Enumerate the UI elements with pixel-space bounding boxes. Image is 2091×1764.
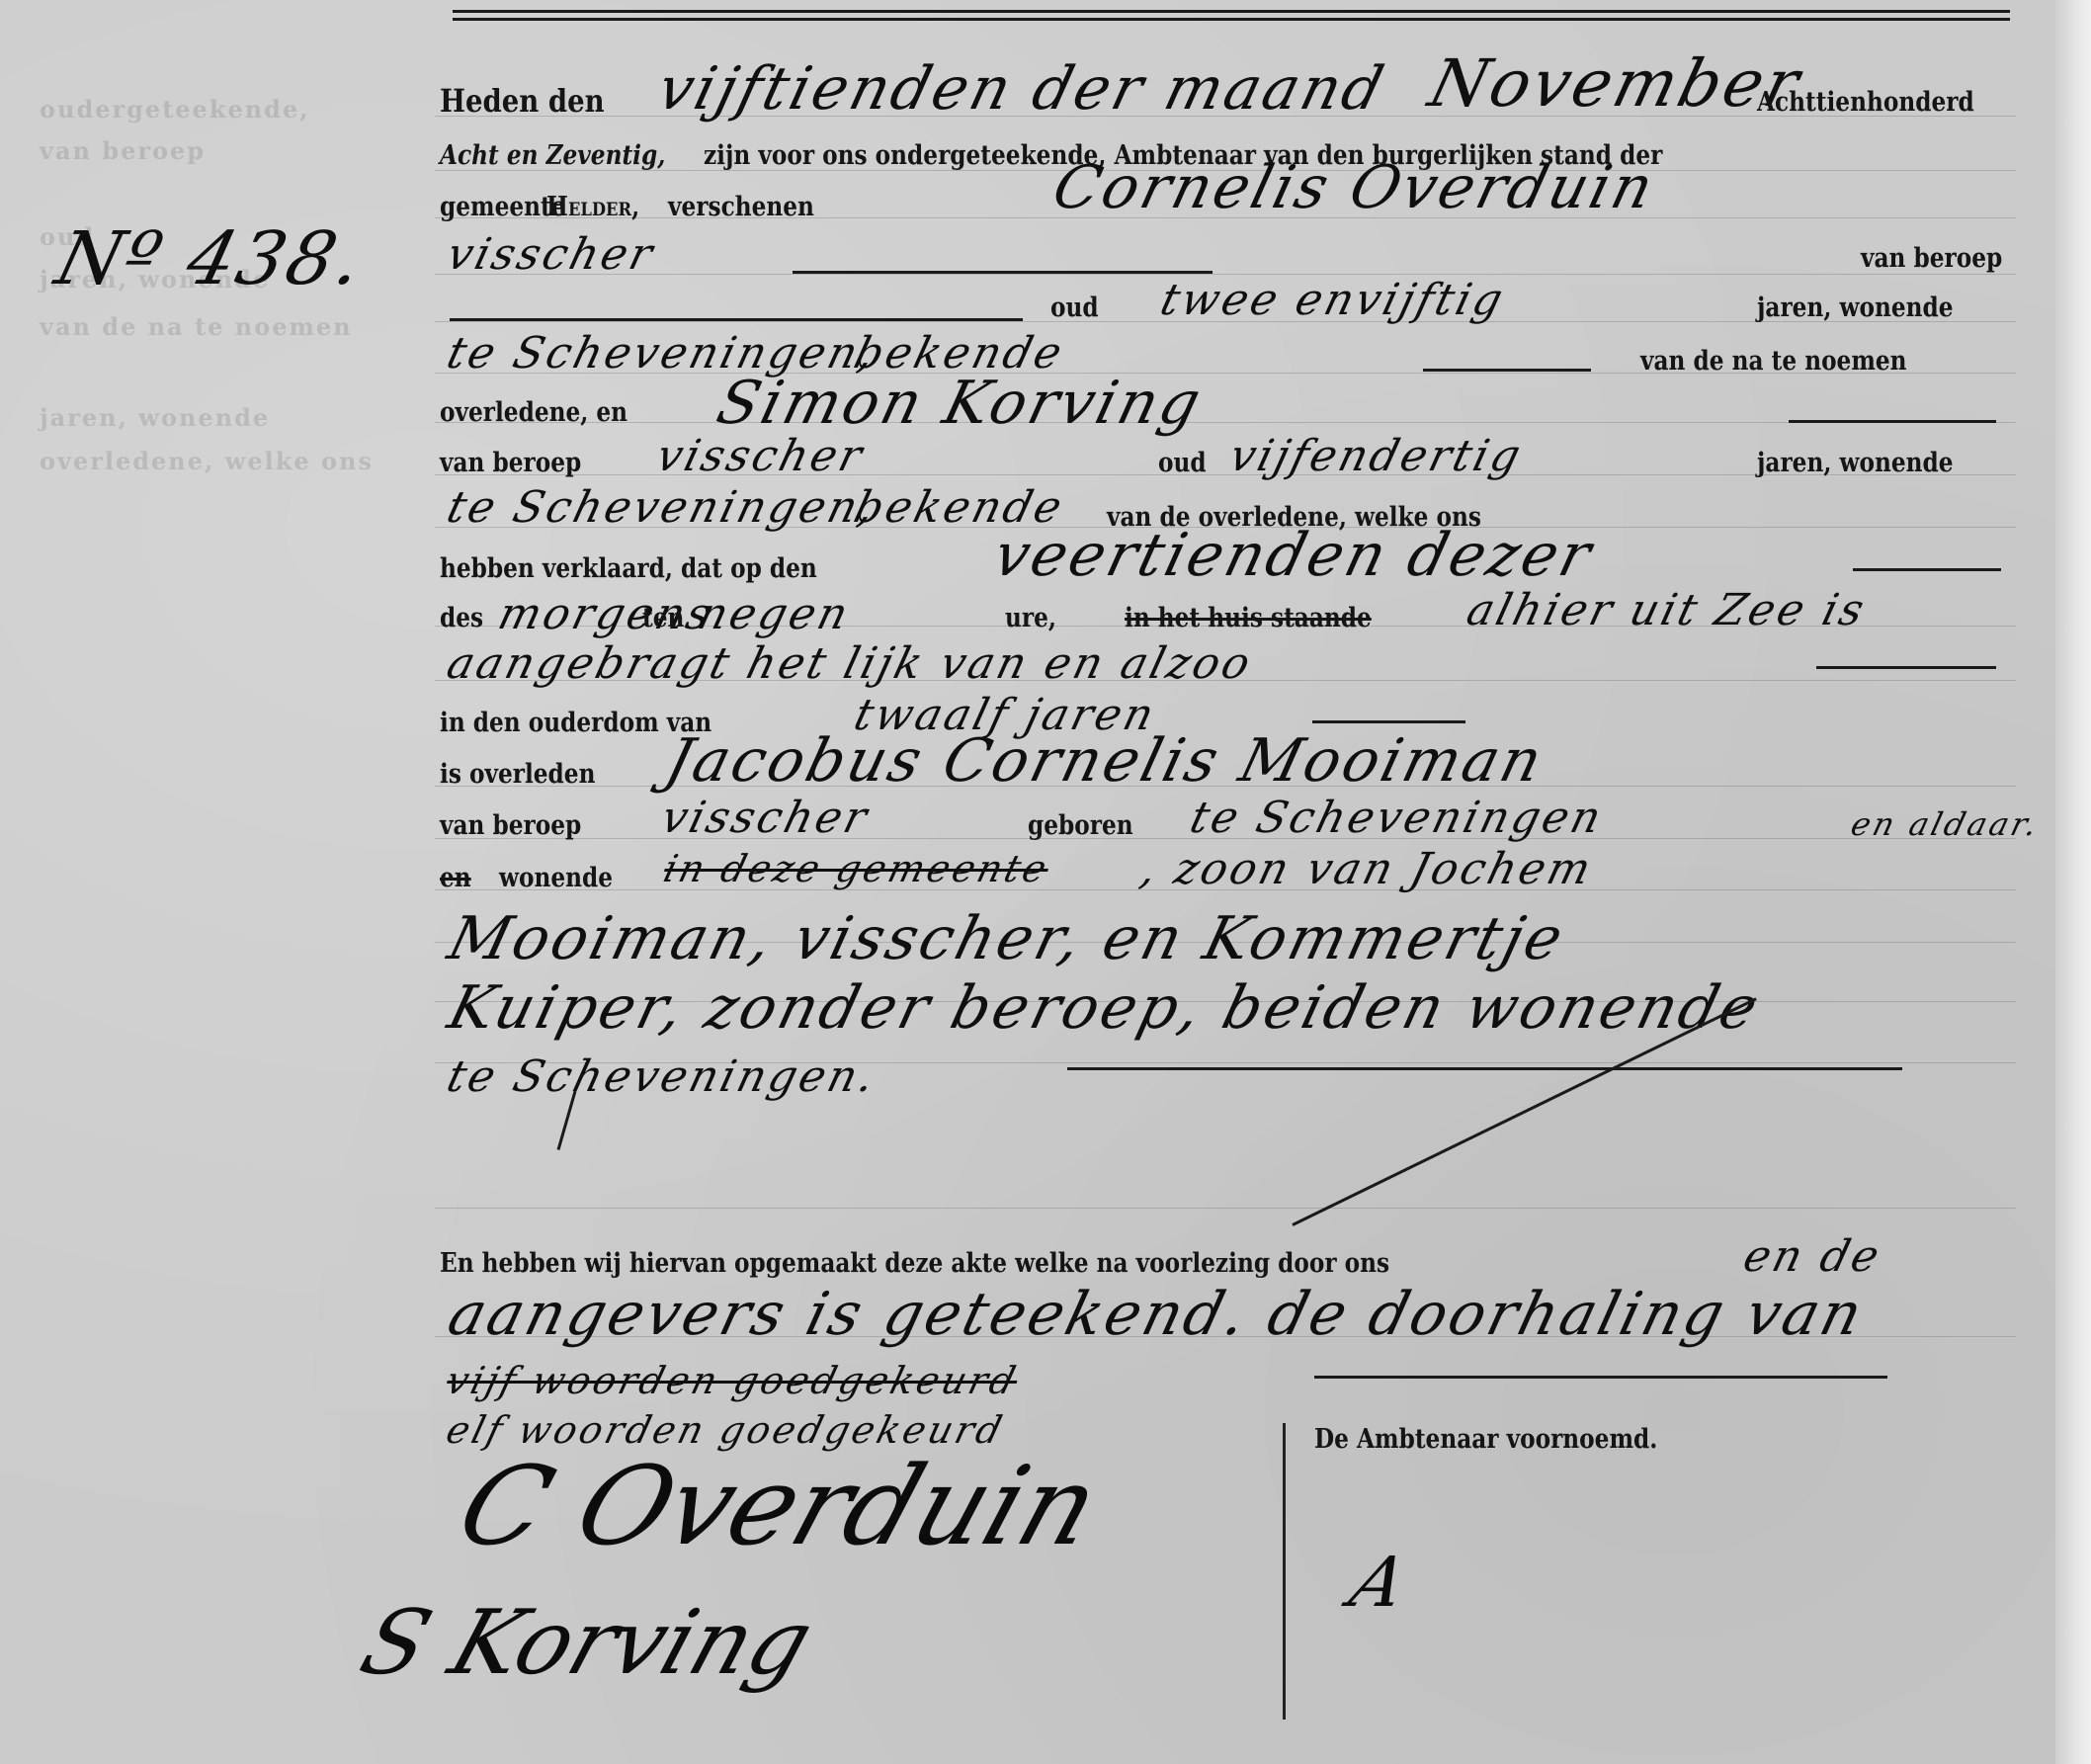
ghost-text: overledene, welke ons (40, 447, 374, 475)
hand-birthplace: te Scheveningen (1186, 797, 1608, 840)
hand-deceased-occupation: visscher (657, 797, 874, 840)
record-number: Nº 438. (49, 222, 373, 295)
fill-dash (1853, 568, 2001, 571)
print-year: Acht en Zeventig, (440, 142, 665, 169)
signature-declarant1: C Overduin (444, 1443, 1114, 1569)
hand-closing-b: aangevers is geteekend. de doorhaling va… (443, 1285, 1871, 1344)
ghost-text: van de na te noemen (40, 312, 353, 341)
print-official: De Ambtenaar voornoemd. (1314, 1426, 1657, 1453)
hand-declarant1-name: Cornelis Overduin (1047, 158, 1661, 217)
hand-deceased-name: Jacobus Cornelis Mooiman (660, 731, 1550, 791)
fill-dash (1314, 1376, 1887, 1379)
print-struck-en: en (440, 865, 471, 891)
print-in-den-ouderdom: in den ouderdom van (440, 710, 711, 736)
header-rule (453, 10, 2010, 13)
print-jaren-wonende: jaren, wonende (1757, 294, 1954, 321)
print-hebben-verklaard: hebben verklaard, dat op den (440, 555, 817, 582)
print-is-overleden: is overleden (440, 761, 595, 788)
hand-parents-a: , zoon van Jochem (1136, 848, 1598, 891)
print-municipality: Helder, (546, 194, 639, 220)
fill-dash (1067, 1067, 1902, 1070)
ruled-line (435, 422, 2016, 423)
print-verschenen: verschenen (668, 194, 814, 220)
print-van-beroep-2: van beroep (440, 450, 581, 476)
hand-parents-c: Kuiper, zonder beroep, beiden wonende (443, 978, 1766, 1038)
ruled-line (435, 1208, 2016, 1209)
hand-birthplace-suffix: en aldaar. (1848, 808, 2044, 840)
print-oud-2: oud (1158, 450, 1207, 476)
print-van-beroep: van beroep (1861, 245, 2002, 272)
print-jaren-wonende-2: jaren, wonende (1757, 450, 1954, 476)
hand-declarant2-name: Simon Korving (711, 374, 1209, 433)
print-van-beroep-3: van beroep (440, 812, 581, 839)
print-van-de-na: van de na te noemen (1640, 348, 1907, 375)
print-closing: En hebben wij hiervan opgemaakt deze akt… (440, 1250, 1389, 1277)
hand-place-a: alhier uit Zee is (1463, 589, 1871, 632)
signature-declarant2: S Korving (349, 1591, 825, 1695)
print-oud: oud (1050, 294, 1099, 321)
page-edge (2055, 0, 2091, 1764)
signature-brace (1283, 1423, 1286, 1720)
hand-declarant2-age: vijfendertig (1225, 435, 1527, 478)
print-struck-huis: in het huis staande (1125, 605, 1372, 631)
ghost-text: jaren, wonende (40, 403, 270, 432)
hand-day: vijftienden der maand (652, 59, 1391, 119)
ghost-text: oudergeteekende, (40, 95, 310, 124)
hand-closing-a: en de (1739, 1235, 1886, 1279)
fill-dash (1789, 420, 1996, 423)
ghost-text: van beroep (40, 136, 206, 165)
hand-death-day: veertienden dezer (988, 526, 1599, 585)
hand-place-b: aangebragt het lijk van en alzoo (443, 642, 1257, 686)
print-des: des (440, 605, 483, 631)
print-ure: ure, (1005, 605, 1056, 631)
signature-official: A (1341, 1542, 1417, 1623)
hand-time-of-day: morgens (494, 593, 717, 636)
print-heden-den: Heden den (440, 85, 605, 117)
hand-declarant2-occupation: visscher (652, 435, 869, 478)
hand-parents-d: te Scheveningen. (443, 1055, 881, 1099)
print-ten: ten (642, 605, 684, 631)
fill-dash (1423, 369, 1591, 372)
hand-struck-vijf: vijf woorden goedgekeurd (443, 1362, 1022, 1399)
print-overledene-en: overledene, en (440, 399, 627, 426)
fill-dash (793, 271, 1213, 274)
hand-month: November (1423, 51, 1808, 117)
print-geboren: geboren (1028, 812, 1133, 839)
header-rule (453, 18, 2010, 21)
hand-declarant1-age: twee envijftig (1156, 279, 1510, 322)
print-achttienhonderd: Achttienhonderd (1757, 89, 1974, 116)
hand-struck-gemeente: in deze gemeente (660, 850, 1053, 887)
hand-declarant2-residence: te Scheveningen, (443, 486, 881, 530)
fill-dash (1312, 720, 1465, 723)
document-page: oudergeteekende, van beroep oud jaren, w… (0, 0, 2091, 1764)
fill-dash (1816, 666, 1996, 669)
fill-dash (450, 318, 1023, 321)
hand-hour: negen (694, 593, 855, 636)
print-wonende: wonende (499, 865, 613, 891)
hand-declarant1-occupation: visscher (443, 233, 659, 277)
hand-parents-b: Mooiman, visscher, en Kommertje (443, 909, 1571, 968)
